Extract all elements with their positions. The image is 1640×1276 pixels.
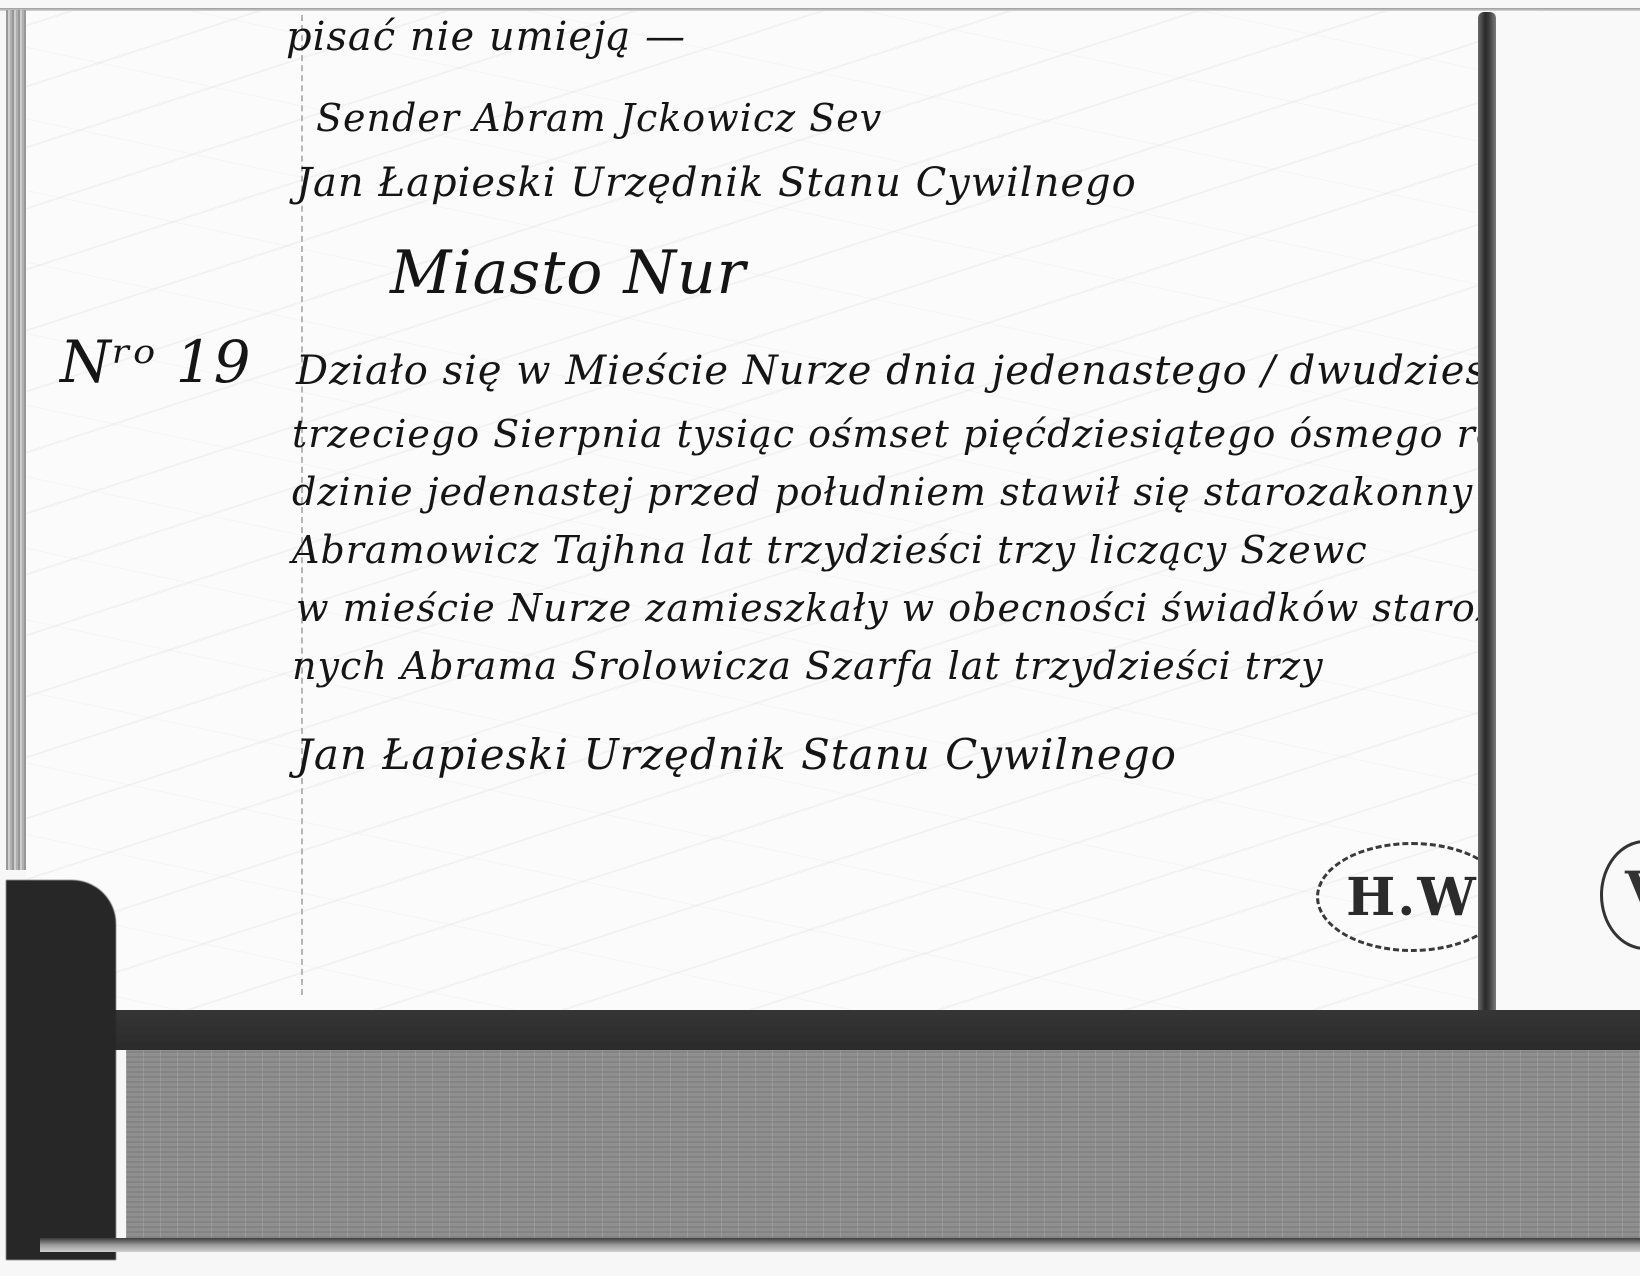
scan-bottom-edge [40, 1238, 1640, 1252]
body-line-6: nych Abrama Srolowicza Szarfa lat trzydz… [292, 644, 1324, 688]
body-line-3: dzinie jedenastej przed południem stawił… [292, 470, 1631, 514]
top-line-1: pisać nie umieją — [286, 14, 686, 60]
dark-left-tab [6, 880, 116, 1260]
top-line-2: Sender Abram Jckowicz Sev [316, 96, 882, 140]
entry-number: Nʳᵒ 19 [60, 328, 251, 396]
body-line-5: w mieście Nurze zamieszkały w obecności … [296, 586, 1608, 630]
dark-bottom-band [90, 1010, 1640, 1050]
body-line-4: Abramowicz Tajhna lat trzydzieści trzy l… [292, 528, 1368, 572]
gray-scan-background [126, 1050, 1640, 1238]
body-line-2: trzeciego Sierpnia tysiąc ośmset pięćdzi… [292, 412, 1640, 456]
facing-stamp-letter: V [1625, 860, 1640, 919]
place-heading: Miasto Nur [390, 238, 746, 308]
top-signature: Jan Łapieski Urzędnik Stanu Cywilnego [296, 160, 1137, 206]
body-line-1: Działo się w Mieście Nurze dnia jedenast… [296, 348, 1580, 394]
stamp-initials: H.W [1346, 867, 1478, 928]
officer-signature: Jan Łapieski Urzędnik Stanu Cywilnego [296, 730, 1177, 779]
binding-gutter [1478, 12, 1496, 1022]
page-left-edge [6, 10, 26, 870]
scanned-document: pisać nie umieją — Sender Abram Jckowicz… [0, 0, 1640, 1276]
